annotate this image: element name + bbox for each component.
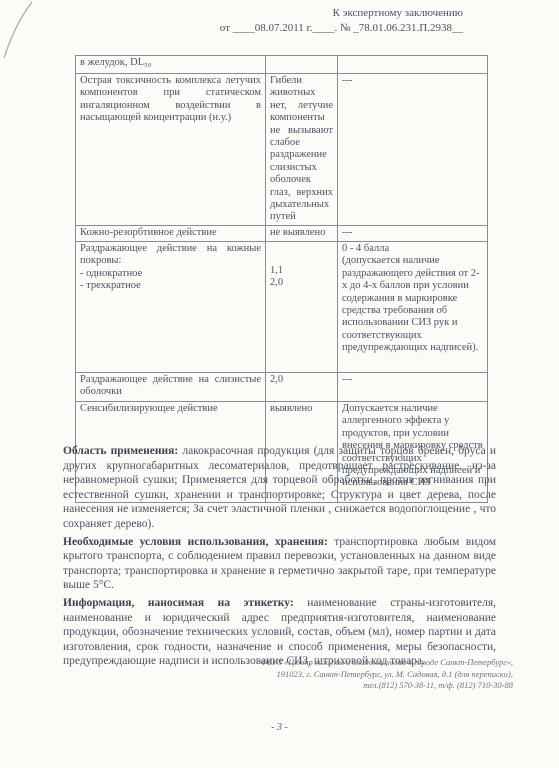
paragraph-lead: Область применения: [63,445,178,457]
row-label-item: - однократное [80,268,261,280]
scanned-document-page: К экспертному заключению от ____08.07.20… [0,0,559,768]
cell-note: --- [338,74,488,226]
cell-label: Кожно-резорбтивное действие [76,225,266,241]
cell-label: Раздражающее действие на слизистые оболо… [76,372,266,401]
row-label-item: - трехкратное [80,280,261,292]
table-row: Раздражающее действие на кожные покровы:… [76,241,488,372]
cell-note: 0 - 4 балла (допускается наличие раздраж… [338,241,488,372]
cell-value: 1,1 2,0 [266,241,338,372]
scan-artifact-line [0,0,44,64]
footer-org-name: ФБУЗ «Центр гигиены и эпидемиологии в го… [260,657,513,669]
document-header: К экспертному заключению от ____08.07.20… [220,6,463,36]
paragraph-text: лакокрасочная продукция (для защиты торц… [63,445,496,530]
cell-note: --- [338,372,488,401]
cell-label: Острая токсичность комплекса летучих ком… [76,74,266,226]
value-line: 2,0 [270,277,333,289]
note-line: (допускается наличие раздражающего дейст… [342,255,483,354]
note-line: 0 - 4 балла [342,243,483,255]
table-row: Раздражающее действие на слизистые оболо… [76,372,488,401]
paragraph-lead: Необходимые условия использования, хране… [63,536,328,548]
footer-org-address: 191023, г. Санкт-Петербург, ул. М. Садов… [260,669,513,681]
value-line: 1,1 [270,265,333,277]
cell-value [266,56,338,74]
page-number: - 3 - [0,722,559,733]
cell-value: 2,0 [266,372,338,401]
cell-value: не выявлено [266,225,338,241]
document-body: Область применения: лакокрасочная продук… [63,444,496,672]
footer-org-phone: тел.(812) 570-38-11, т/ф. (812) 710-30-8… [260,680,513,692]
header-reference-number: от ____08.07.2011 г.____. № _78.01.06.23… [220,21,463,36]
toxicity-table: в желудок, DL₅₀ Острая токсичность компл… [75,55,488,503]
paragraph-lead: Информация, наносимая на этикетку: [63,597,294,609]
paragraph-application: Область применения: лакокрасочная продук… [63,444,496,532]
table-row: Кожно-резорбтивное действие не выявлено … [76,225,488,241]
cell-value: Гибели животных нет, летучие компоненты … [266,74,338,226]
row-label-text: Раздражающее действие на кожные покровы: [80,243,261,268]
cell-label: в желудок, DL₅₀ [76,56,266,74]
header-reference-title: К экспертному заключению [220,6,463,21]
paragraph-storage-conditions: Необходимые условия использования, хране… [63,535,496,593]
cell-note [338,56,488,74]
table-row: в желудок, DL₅₀ [76,56,488,74]
cell-label: Раздражающее действие на кожные покровы:… [76,241,266,372]
footer-organization-info: ФБУЗ «Центр гигиены и эпидемиологии в го… [260,657,513,692]
table-row: Острая токсичность комплекса летучих ком… [76,74,488,226]
cell-note: --- [338,225,488,241]
